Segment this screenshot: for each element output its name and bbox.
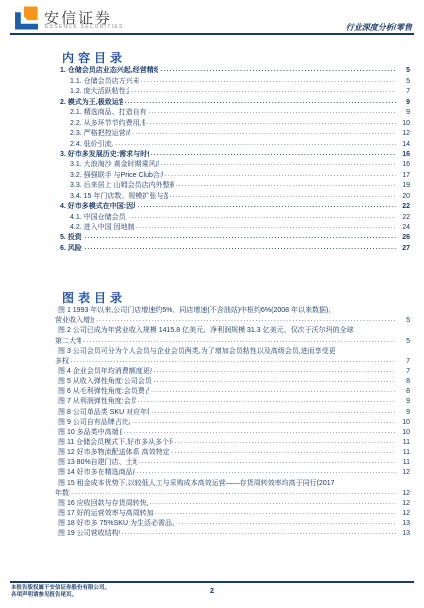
toc-page-number: 27	[398, 244, 410, 253]
toc-entry: 5. 投资建议26	[57, 232, 410, 242]
toc-entry: 3. 好市多发展历史:需求与时代乘风向上,经营理念一以贯之16	[57, 149, 410, 159]
toc-entry: 3.4. 15 年门店数、规模扩张与盈利能力改善均大超,市值中枢相对稳定20	[57, 190, 410, 200]
toc-entry-text: 3.4. 15 年门店数、规模扩张与盈利能力改善均大超,市值中枢相对稳定	[70, 192, 168, 201]
figure-entry-text: 图 3 公司会员可分为个人会员与企业会员两类,为了增加会员粘性以及高级会员,进而…	[55, 347, 336, 356]
figure-page-number: 5	[398, 337, 410, 346]
figure-entry-text: 营业收入增速约 10%	[55, 316, 94, 325]
figure-entry-line: 图 10 多品类中高端自有品牌明星产品10	[55, 427, 410, 437]
toc-page-number: 5	[398, 77, 410, 86]
figure-entry-line: 图 15 租金成本优势下,以较低人工与采购成本高效运营——存货周转效率均高于同行…	[55, 477, 410, 487]
figure-entry-line: 图 8 公司单品类 SKU 对应年销售额已达到 3500 万美元级别9	[55, 406, 410, 416]
figure-page-number: 9	[398, 408, 410, 417]
toc-page-number: 14	[398, 140, 410, 149]
dot-leader	[161, 160, 397, 169]
figure-page-number: 12	[398, 489, 410, 498]
figure-entry-text: 图 5 从收入弹性角度:公司会员数增长是营收增长主要贡献来源	[55, 377, 152, 386]
figure-entry-line: 图 17 好的运营效率与高周转加持下,好市多可以极低毛利率运营12	[55, 508, 410, 518]
dot-leader	[154, 377, 396, 386]
dot-leader	[71, 357, 396, 366]
figure-page-number: 8	[398, 377, 410, 386]
toc-entry-text: 2.1. 精选商品、打造自有品牌、引进低价代工厂商	[70, 108, 147, 117]
dot-leader	[124, 428, 396, 437]
figure-entry-text: 图 13 80%自建门店、土地与成本低、建设速度快	[55, 458, 137, 467]
toc-entry: 3.2. 强强联手 与Price Club合并,拉开山姆会员店扩张(1993-1…	[57, 169, 410, 179]
figure-entry-line: 图 1 1993 年以来,公司门店增速约5%、同店增速(不含油站)中枢约6%(2…	[55, 305, 410, 315]
figure-toc-list: 图 1 1993 年以来,公司门店增速约5%、同店增速(不含油站)中枢约6%(2…	[55, 305, 410, 538]
footer-divider	[10, 581, 414, 583]
dot-leader	[149, 108, 396, 117]
figure-entry-text: 图 14 好市多在精选商品前提下,采取大包装销售	[55, 468, 135, 477]
figure-entry-text: 图 7 从利润弹性角度:会员费收入贡献大部分利润	[55, 397, 136, 406]
figure-entry-line: 图 9 公司自有品牌占比高于同行,且逐年增加10	[55, 417, 410, 427]
dot-leader	[175, 438, 396, 447]
figure-entry-text: 图 8 公司单品类 SKU 对应年销售额已达到 3500 万美元级别	[55, 408, 149, 417]
figure-toc-title: 图表目录	[62, 289, 126, 306]
figure-entry-text: 图 12 好市多物流配送体系 高效特定模式下,从接收货物到运送至门店只需 8 小…	[55, 448, 170, 457]
toc-page-number: 17	[398, 171, 410, 180]
content-toc-list: 1. 仓储会员店业态兴起,经营精细化筑高门槛,庞大会员体系实为壁垒51.1. 仓…	[57, 65, 410, 253]
toc-entry-text: 3.2. 强强联手 与Price Club合并,拉开山姆会员店扩张(1993-1…	[70, 171, 163, 180]
figure-entry-line: 年数据)12	[55, 488, 410, 498]
figure-page-number: 13	[398, 519, 410, 528]
dot-leader	[147, 119, 396, 128]
dot-leader	[137, 202, 396, 211]
figure-entry-text: 图 10 多品类中高端自有品牌明星产品	[55, 428, 122, 437]
dot-leader	[139, 458, 396, 467]
dot-leader	[122, 529, 396, 538]
toc-entry-text: 3. 好市多发展历史:需求与时代乘风向上,经营理念一以贯之	[60, 150, 149, 159]
toc-entry-text: 1.1. 仓储会员店方兴未艾,经营业绩优于同行	[70, 77, 139, 86]
toc-entry-text: 3.3. 后来居上 山姆会员店内外整顿、好市多稳居仓储会员店龙头(1994-至今…	[70, 181, 174, 190]
dot-leader	[151, 408, 396, 417]
dot-leader	[132, 129, 396, 138]
toc-entry-text: 4. 好市多模式在中国:因地制宜,机遇与挑战并存	[60, 202, 135, 211]
toc-entry: 4.1. 中国仓储会员店发展有喜有忧22	[57, 211, 410, 221]
toc-entry-text: 1.2. 庞大活跃粘性会员体系自成壁垒	[70, 87, 129, 96]
toc-entry: 3.1. 大浪淘沙 黄金时期乘风向上、占据先发优势(1983-1993)16	[57, 159, 410, 169]
figure-entry-line: 图 7 从利润弹性角度:会员费收入贡献大部分利润9	[55, 396, 410, 406]
figure-entry-line: 图 4 企业会员年均消费额度更高、更为稳定,但近年占比略下降7	[55, 366, 410, 376]
dot-leader	[115, 140, 396, 149]
toc-entry-text: 2.3. 严格把控运营成本,低成本高周转	[70, 129, 130, 138]
figure-entry-text: 图 19 公司营收结构中,生鲜占比较高	[55, 529, 120, 538]
figure-page-number: 10	[398, 418, 410, 427]
dot-leader	[151, 150, 396, 159]
dot-leader	[136, 223, 396, 232]
figure-entry-line: 图 19 公司营收结构中,生鲜占比较高13	[55, 528, 410, 538]
dot-leader	[84, 244, 396, 253]
dot-leader	[125, 98, 396, 107]
toc-entry: 1. 仓储会员店业态兴起,经营精细化筑高门槛,庞大会员体系实为壁垒5	[57, 65, 410, 75]
toc-page-number: 9	[398, 98, 410, 107]
figure-page-number: 12	[398, 499, 410, 508]
dot-leader	[137, 468, 396, 477]
toc-page-number: 22	[398, 202, 410, 211]
toc-page-number: 16	[398, 160, 410, 169]
toc-page-number: 22	[398, 213, 410, 222]
toc-entry-text: 4.2. 进入中国 因地制宜,机遇与挑战并存	[70, 223, 134, 232]
figure-entry-text: 图 18 好市多 75%SKU 为生活必需品、用以引流,25%SKU 为阶段性优…	[55, 519, 177, 528]
toc-page-number: 26	[398, 233, 410, 242]
dot-leader	[72, 489, 396, 498]
figure-entry-line: 图 18 好市多 75%SKU 为生活必需品、用以引流,25%SKU 为阶段性优…	[55, 518, 410, 528]
figure-entry-line: 图 14 好市多在精选商品前提下,采取大包装销售12	[55, 467, 410, 477]
dot-leader	[131, 87, 396, 96]
figure-entry-line: 图 2 公司已成为年营业收入规模 1415.8 亿美元、净利润规模 31.3 亿…	[55, 325, 410, 335]
essence-securities-logo-icon	[14, 6, 39, 31]
figure-entry-text: 多权益	[55, 357, 69, 366]
toc-entry-text: 1. 仓储会员店业态兴起,经营精细化筑高门槛,庞大会员体系实为壁垒	[60, 66, 158, 75]
toc-entry: 2. 模式为王,极致运营能力筑就护城河9	[57, 96, 410, 106]
toc-page-number: 16	[398, 150, 410, 159]
toc-entry-text: 2.4. 低价引流、迭代升级	[70, 140, 113, 149]
figure-entry-text: 图 2 公司已成为年营业收入规模 1415.8 亿美元、净利润规模 31.3 亿…	[55, 326, 354, 335]
header-divider	[10, 33, 414, 35]
figure-page-number: 11	[398, 458, 410, 467]
dot-leader	[154, 367, 396, 376]
toc-entry: 1.2. 庞大活跃粘性会员体系自成壁垒7	[57, 86, 410, 96]
toc-page-number: 20	[398, 192, 410, 201]
figure-entry-text: 年数据)	[55, 489, 70, 498]
dot-leader	[170, 192, 396, 201]
figure-page-number: 11	[398, 448, 410, 457]
toc-entry: 4. 好市多模式在中国:因地制宜,机遇与挑战并存22	[57, 201, 410, 211]
toc-entry: 2.2. 从多环节节约费用,极致把控下运营成本优势10	[57, 117, 410, 127]
toc-entry: 4.2. 进入中国 因地制宜,机遇与挑战并存24	[57, 222, 410, 232]
dot-leader	[176, 181, 396, 190]
toc-page-number: 7	[398, 87, 410, 96]
toc-entry-text: 3.1. 大浪淘沙 黄金时期乘风向上、占据先发优势(1983-1993)	[70, 160, 159, 169]
dot-leader	[96, 316, 396, 325]
figure-entry-line: 图 5 从收入弹性角度:公司会员数增长是营收增长主要贡献来源8	[55, 376, 410, 386]
dot-leader	[128, 213, 396, 222]
dot-leader	[84, 233, 396, 242]
toc-entry: 6. 风险提示27	[57, 242, 410, 252]
figure-entry-line: 营业收入增速约 10%5	[55, 315, 410, 325]
toc-entry-text: 2. 模式为王,极致运营能力筑就护城河	[60, 98, 123, 107]
figure-page-number: 11	[398, 438, 410, 447]
figure-entry-text: 图 4 企业会员年均消费额度更高、更为稳定,但近年占比略下降	[55, 367, 152, 376]
dot-leader	[150, 499, 396, 508]
figure-page-number: 5	[398, 316, 410, 325]
dot-leader	[141, 77, 396, 86]
dot-leader	[160, 66, 396, 75]
dot-leader	[151, 387, 396, 396]
brand-name-en: ESSENCE SECURITIES	[45, 24, 124, 30]
figure-entry-line: 第二大零售商5	[55, 335, 410, 345]
dot-leader	[138, 397, 396, 406]
toc-entry-text: 4.1. 中国仓储会员店发展有喜有忧	[70, 213, 126, 222]
report-type-label: 行业深度分析/零售	[346, 22, 412, 33]
figure-entry-line: 图 12 好市多物流配送体系 高效特定模式下,从接收货物到运送至门店只需 8 小…	[55, 447, 410, 457]
toc-page-number: 10	[398, 119, 410, 128]
figure-page-number: 7	[398, 367, 410, 376]
toc-entry: 1.1. 仓储会员店方兴未艾,经营业绩优于同行5	[57, 75, 410, 85]
toc-page-number: 19	[398, 181, 410, 190]
figure-entry-text: 图 9 公司自有品牌占比高于同行,且逐年增加	[55, 418, 130, 427]
figure-page-number: 10	[398, 428, 410, 437]
figure-page-number: 9	[398, 397, 410, 406]
figure-entry-line: 多权益7	[55, 356, 410, 366]
figure-page-number: 12	[398, 468, 410, 477]
figure-entry-text: 图 15 租金成本优势下,以较低人工与采购成本高效运营——存货周转效率均高于同行…	[55, 479, 335, 488]
figure-entry-text: 图 11 仓储会员模式下,好市多从多个环节节约费用、费用率相对大卖场低 10pc…	[55, 438, 173, 447]
toc-page-number: 12	[398, 129, 410, 138]
toc-entry: 2.3. 严格把控运营成本,低成本高周转12	[57, 128, 410, 138]
figure-entry-line: 图 11 仓储会员模式下,好市多从多个环节节约费用、费用率相对大卖场低 10pc…	[55, 437, 410, 447]
footer-page-number: 2	[0, 586, 424, 595]
toc-page-number: 24	[398, 223, 410, 232]
dot-leader	[172, 448, 396, 457]
toc-entry: 2.4. 低价引流、迭代升级14	[57, 138, 410, 148]
figure-entry-line: 图 16 应收回款与存货周转快,使得营运资金效率优于沃尔玛12	[55, 498, 410, 508]
figure-entry-text: 图 6 从毛利弹性角度:会员费占据公司毛利额的重要组成部分	[55, 387, 149, 396]
toc-entry-text: 6. 风险提示	[60, 244, 82, 253]
figure-page-number: 7	[398, 357, 410, 366]
content-toc-title: 内容目录	[62, 49, 126, 66]
figure-entry-text: 图 1 1993 年以来,公司门店增速约5%、同店增速(不含油站)中枢约6%(2…	[55, 306, 330, 315]
toc-page-number: 5	[398, 66, 410, 75]
report-page: 安信证券 ESSENCE SECURITIES 行业深度分析/零售 内容目录 1…	[0, 0, 424, 608]
figure-entry-line: 图 13 80%自建门店、土地与成本低、建设速度快11	[55, 457, 410, 467]
toc-entry-text: 2.2. 从多环节节约费用,极致把控下运营成本优势	[70, 119, 145, 128]
toc-page-number: 9	[398, 108, 410, 117]
toc-entry: 2.1. 精选商品、打造自有品牌、引进低价代工厂商9	[57, 107, 410, 117]
toc-entry-text: 5. 投资建议	[60, 233, 82, 242]
figure-entry-text: 图 17 好的运营效率与高周转加持下,好市多可以极低毛利率运营	[55, 509, 153, 518]
figure-entry-text: 第二大零售商	[55, 337, 81, 346]
dot-leader	[83, 337, 396, 346]
dot-leader	[155, 509, 396, 518]
figure-page-number: 12	[398, 509, 410, 518]
figure-entry-line: 图 6 从毛利弹性角度:会员费占据公司毛利额的重要组成部分8	[55, 386, 410, 396]
dot-leader	[165, 171, 396, 180]
figure-entry-line: 图 3 公司会员可分为个人会员与企业会员两类,为了增加会员粘性以及高级会员,进而…	[55, 346, 410, 356]
figure-page-number: 13	[398, 529, 410, 538]
figure-page-number: 8	[398, 387, 410, 396]
toc-entry: 3.3. 后来居上 山姆会员店内外整顿、好市多稳居仓储会员店龙头(1994-至今…	[57, 180, 410, 190]
dot-leader	[179, 519, 396, 528]
figure-entry-text: 图 16 应收回款与存货周转快,使得营运资金效率优于沃尔玛	[55, 499, 148, 508]
dot-leader	[132, 418, 396, 427]
